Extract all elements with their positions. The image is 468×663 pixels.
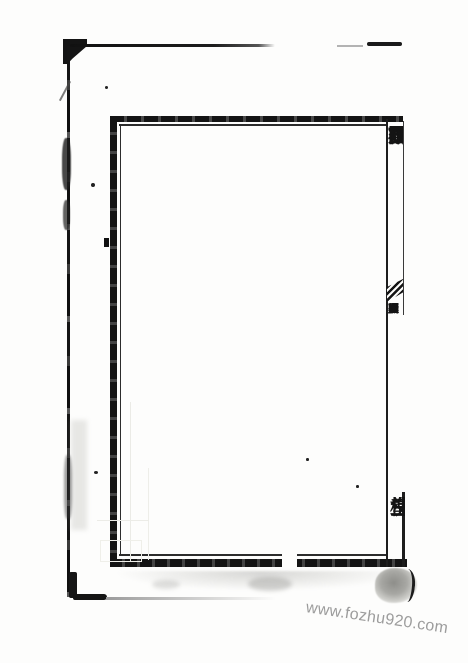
page-bottom-edge-line <box>73 594 107 600</box>
ink-blot <box>64 455 72 519</box>
spine-edition-char: 輯 <box>388 303 402 314</box>
smudge <box>248 577 292 591</box>
frame-right-border <box>386 119 388 567</box>
page-top-edge-faint-dash <box>337 45 363 47</box>
spine-title-char: 譜 <box>388 126 403 145</box>
ink-speck <box>306 458 309 461</box>
ink-speck <box>94 471 98 474</box>
frame-border-gap <box>282 552 297 569</box>
ink-speck <box>105 86 108 89</box>
fishtail-mark-icon <box>387 279 403 302</box>
smudge <box>71 420 87 530</box>
page-top-edge-dash <box>367 42 402 46</box>
bleed-through-mark <box>100 540 142 562</box>
frame-top-thick-border <box>110 116 403 122</box>
frame-left-thin-border <box>120 125 122 556</box>
ink-blot <box>63 200 70 230</box>
ink-blot <box>104 238 109 247</box>
spine-hall-char: 堂 <box>390 497 405 517</box>
genealogy-page-scan: 山 陰 梅 湖 王 氏 宗 譜 嘉 慶 癸 丑 重 輯 三 槐 堂 www.fo… <box>0 0 468 663</box>
frame-top-thin-border <box>119 124 387 126</box>
frame-left-thick-border <box>110 116 117 567</box>
bleed-through-mark <box>148 468 149 560</box>
website-watermark: www.fozhu920.com <box>305 599 450 638</box>
frame-bottom-thick-border <box>110 559 407 567</box>
frame-bottom-thin-border <box>119 554 387 556</box>
bottom-right-ink-curve <box>400 569 416 603</box>
bleed-through-mark <box>97 520 149 521</box>
bleed-through-mark <box>130 402 131 562</box>
ink-speck <box>91 183 95 187</box>
page-top-edge-line <box>70 44 275 47</box>
page-bottom-edge-shadow <box>106 597 276 600</box>
ink-speck <box>356 485 359 488</box>
smudge <box>152 580 180 589</box>
ink-blot <box>62 138 71 190</box>
